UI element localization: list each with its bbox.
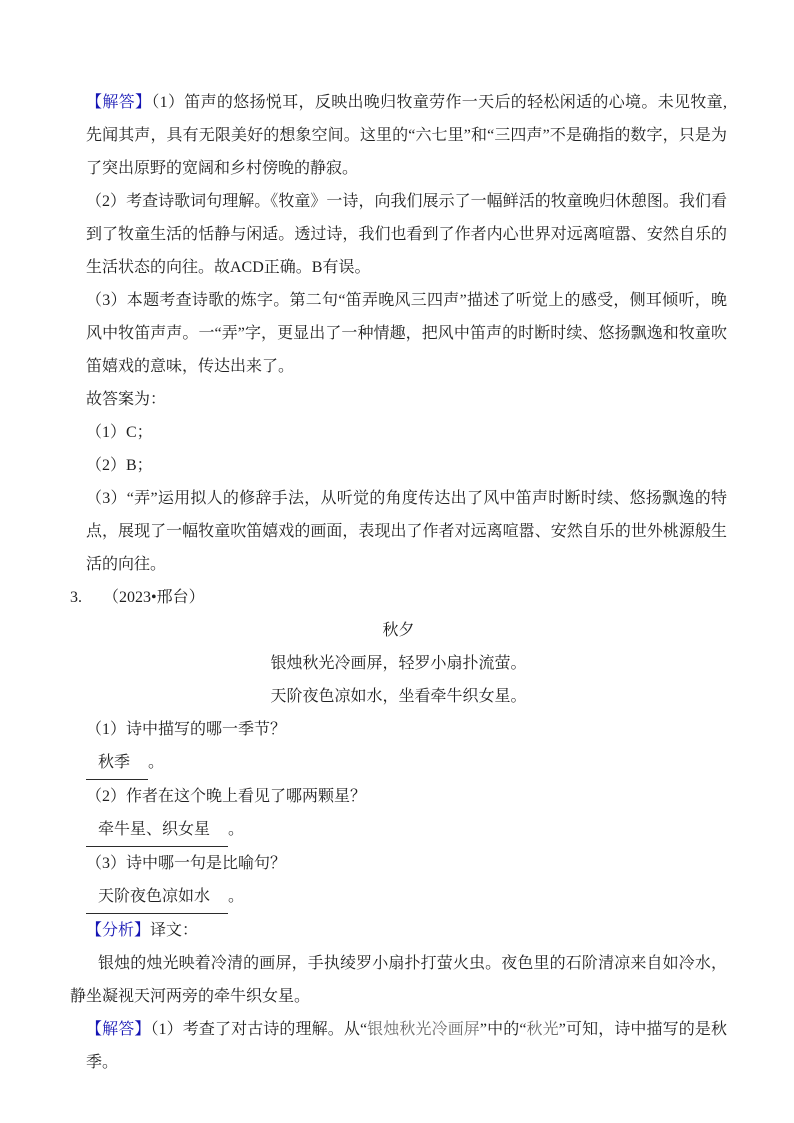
qiuxi-jieda-text-2: ”中的“ bbox=[480, 1021, 527, 1038]
jieda-label-2: 【解答】 bbox=[86, 1021, 150, 1038]
qiuxi-question-2: （2）作者在这个晚上看见了哪两颗星？ bbox=[86, 780, 727, 813]
jieda-label: 【解答】 bbox=[86, 94, 151, 111]
question-3-number: 3. bbox=[70, 581, 103, 614]
qiuxi-answer-1-line: 秋季。 bbox=[86, 746, 727, 780]
document-page: 【解答】（1）笛声的悠扬悦耳，反映出晚归牧童劳作一天后的轻松闲适的心境。未见牧童… bbox=[0, 0, 794, 1123]
poem-line-1: 银烛秋光冷画屏，轻罗小扇扑流萤。 bbox=[70, 647, 727, 680]
qiuxi-question-1: （1）诗中描写的哪一季节？ bbox=[86, 713, 727, 746]
muyong-final-answer-1: （1）C； bbox=[86, 416, 727, 449]
qiuxi-answer-3-blank: 天阶夜色凉如水 bbox=[86, 880, 228, 914]
muyong-final-answer-2: （2）B； bbox=[86, 449, 727, 482]
qiuxi-answer-2-line: 牵牛星、织女星。 bbox=[86, 813, 727, 847]
qiuxi-answer-2-blank: 牵牛星、织女星 bbox=[86, 813, 228, 847]
qiuxi-answer-2-punct: 。 bbox=[228, 821, 244, 838]
qiuxi-jieda-quote-1: 银烛秋光冷画屏 bbox=[367, 1021, 480, 1038]
poem-line-2: 天阶夜色凉如水，坐看牵牛织女星。 bbox=[70, 680, 727, 713]
muyong-answer-intro: 故答案为： bbox=[86, 383, 727, 416]
qiuxi-question-3: （3）诗中哪一句是比喻句？ bbox=[86, 847, 727, 880]
qiuxi-translation: 银烛的烛光映着冷清的画屏，手执绫罗小扇扑打萤火虫。夜色里的石阶清凉来自如冷水，静… bbox=[70, 947, 727, 1013]
question-3-source: （2023•邢台） bbox=[103, 589, 205, 606]
document-content: 【解答】（1）笛声的悠扬悦耳，反映出晚归牧童劳作一天后的轻松闲适的心境。未见牧童… bbox=[70, 86, 727, 1079]
qiuxi-answer-paragraph: 【解答】（1）考查了对古诗的理解。从“银烛秋光冷画屏”中的“秋光”可知，诗中描写… bbox=[86, 1013, 727, 1079]
fenxi-label: 【分析】 bbox=[86, 922, 150, 939]
muyong-answer-paragraph-1: 【解答】（1）笛声的悠扬悦耳，反映出晚归牧童劳作一天后的轻松闲适的心境。未见牧童… bbox=[86, 86, 727, 185]
qiuxi-analysis-line: 【分析】译文： bbox=[86, 914, 727, 947]
muyong-answer-paragraph-3: （3）本题考查诗歌的炼字。第二句“笛弄晚风三四声”描述了听觉上的感受，侧耳倾听，… bbox=[86, 284, 727, 383]
poem-title: 秋夕 bbox=[70, 614, 727, 647]
qiuxi-answer-3-line: 天阶夜色凉如水。 bbox=[86, 880, 727, 914]
qiuxi-answer-1-punct: 。 bbox=[148, 754, 164, 771]
muyong-answer-1-text: （1）笛声的悠扬悦耳，反映出晚归牧童劳作一天后的轻松闲适的心境。未见牧童,先闻其… bbox=[86, 94, 727, 177]
muyong-answer-paragraph-2: （2）考查诗歌词句理解。《牧童》一诗，向我们展示了一幅鲜活的牧童晚归休憩图。我们… bbox=[86, 185, 727, 284]
fenxi-intro: 译文： bbox=[150, 922, 198, 939]
question-3-header: 3.（2023•邢台） bbox=[70, 581, 727, 614]
qiuxi-jieda-quote-2: 秋光 bbox=[526, 1021, 558, 1038]
qiuxi-answer-1-blank: 秋季 bbox=[86, 746, 148, 780]
qiuxi-jieda-text-1: （1）考查了对古诗的理解。从“ bbox=[150, 1021, 367, 1038]
qiuxi-answer-3-punct: 。 bbox=[228, 888, 244, 905]
muyong-final-answer-3: （3）“弄”运用拟人的修辞手法，从听觉的角度传达出了风中笛声时断时续、悠扬飘逸的… bbox=[86, 482, 727, 581]
